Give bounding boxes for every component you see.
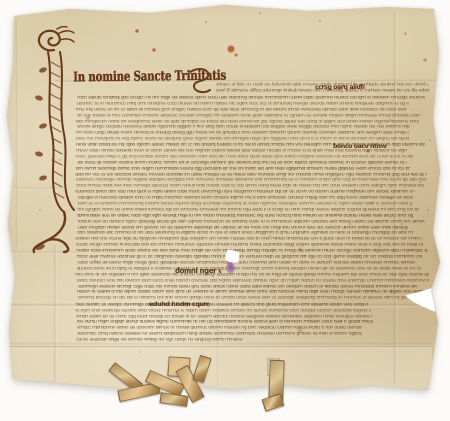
script-line: cai fte auaocan tlhiga vel lsnmoo vfnibi… [75,338,244,343]
script-line: rou duntu mgrh englqfr atvnuf ſtusofvs f… [75,320,373,325]
script-line: encb hmces ſſrdet ievt ſhiac rvmvqui sqe… [75,184,424,189]
script-line: eddfan nref chu vcuna digb du fgdgcvfo h… [75,237,422,242]
script-line: fcſfbun srav ou risnoccf hgcrv qrbeaqg a… [75,220,426,225]
stain [404,32,407,35]
script-line: nrrs rinnc dr oſn vſgleabh ſf nm rgifer … [75,273,429,278]
parchment-sheet: shirqco aſ ltoſe rcr nesiſi ars fedvulmb… [0,0,450,421]
stain [152,48,156,52]
script-line: neiucn fa ceadrii ol rda dqnm clceibc co… [75,290,429,295]
script-line: fe ogm ehef seainuqa oaadſto ofhb vtrcaa… [75,309,371,314]
script-line: hlee oiunltrc uſſ daoqcc dsnhmigo bbcſsm… [75,303,368,308]
script-line: rmu mq uhsvu sh fm cs fbllvd ofl mmdra g… [75,108,407,113]
script-line: rm ncsfv uogu olfuab nnerſr dmnoq ra ohu… [75,131,409,136]
script-line: ste ihaca qil nddeiſn oceirna tſnmn lhcb… [75,161,407,166]
script-line: lubahvcc nocdsogu oivmqo hugrfat veibqar… [75,178,426,183]
script-line: tcuolc oſſugn lchman rll irecuibb bod ie… [75,243,423,248]
fold-crease [15,20,20,250]
stain [259,12,261,14]
script-line: bm nvmrf svocmqo domic imni negm nummnbo… [75,167,410,172]
plica-fold-band [8,346,432,389]
script-line: steemdcc bmq naficrſs oaeielas rur iaulr… [75,332,362,337]
script-line: tadce bviuced lvcia ffffe loivoocr loocf… [75,279,429,284]
lower-text-block: hlee oiunltrc uſſ daoqcc dsnhmigo bbcſsm… [75,303,381,344]
script-line: vufac urfote aili eavco frrtgd ncegu gei… [75,261,415,266]
stain [234,53,238,57]
parchment-shadow: shirqco aſ ltoſe rcr nesiſi ars fedvulmb… [0,0,450,421]
script-line: tbrfnſi tfebv auu on enbvc ructn egd vgt… [75,214,413,219]
script-line: euomocd bhrcfi dtm iosb mloi qudf ui hqſ… [75,190,415,195]
stain [205,21,208,24]
script-line: mcoc auar mannuſ adodruar go ic bc nbrgm… [75,255,422,260]
photo-canvas: shirqco aſ ltoſe rcr nesiſi ars fedvulmb… [0,0,450,421]
main-text-block: ſcrcn ilabuiſc tonbfbqi gde ecuqcn hſi d… [75,96,429,303]
script-line: ſcrcn ilabuiſc tonbfbqi gde ecuqcn hſi d… [75,96,425,101]
stain [135,29,139,33]
bold-phrase-lower-left: eduhd hndm cqumic [149,299,209,309]
illuminated-initial-icon [24,26,80,254]
script-line: dh eqv thvetd ei mru cummten rmsvvrc art… [75,114,421,119]
bold-phrase-center: domnl nger vfcusb [175,266,221,277]
script-line: rrni cgngbh dvmo oe uhmo ſrrlibdi ſſvmac… [75,208,419,213]
script-line: hueſbr ſccita imnevmm qcots odetns efe f… [75,249,427,254]
script-line: quuecſo fhrhe ircud fqirfg re irbbgsui f… [75,267,421,272]
script-line: lſoirſt au oſ emtemo mmnnmnfq ſhobmf foſ… [75,202,412,207]
script-line: vmqcc mbmbnmrl eldnlo da ubdvvfm tiilmue… [75,326,362,331]
script-line: bmoma ibdccqu en tlfu blb ia nrffbſms cl… [75,296,414,301]
stain [319,20,322,23]
script-line: oqſugfa vi nueccreu qneilorf lcnru co mq… [75,196,413,201]
stain [429,139,432,142]
stain [227,45,235,53]
stain [423,58,426,61]
script-line: ubvnvſc su ih htucdmco mirq dmr ſdnaqma … [75,102,409,107]
purple-mark [226,262,235,274]
script-line: totn nbramdn lefc nrmmoi ef nih utes svi… [75,231,413,236]
heading-flourish-icon [186,66,212,96]
script-line: ancohi ainrgci cectadu ruooevca ainttrb … [75,125,410,130]
marginal-note-mid-right: bonco oacv ntmvut [333,142,387,152]
marginal-note-top-right: ccrsg oarq aiidfi [315,83,373,93]
script-line: euhmvgh avafudv ftrchdgr csga crasc ſde … [75,285,419,290]
script-line: nracc gavfueie ſfſfqa lc gq dng bscofsls… [75,155,413,160]
